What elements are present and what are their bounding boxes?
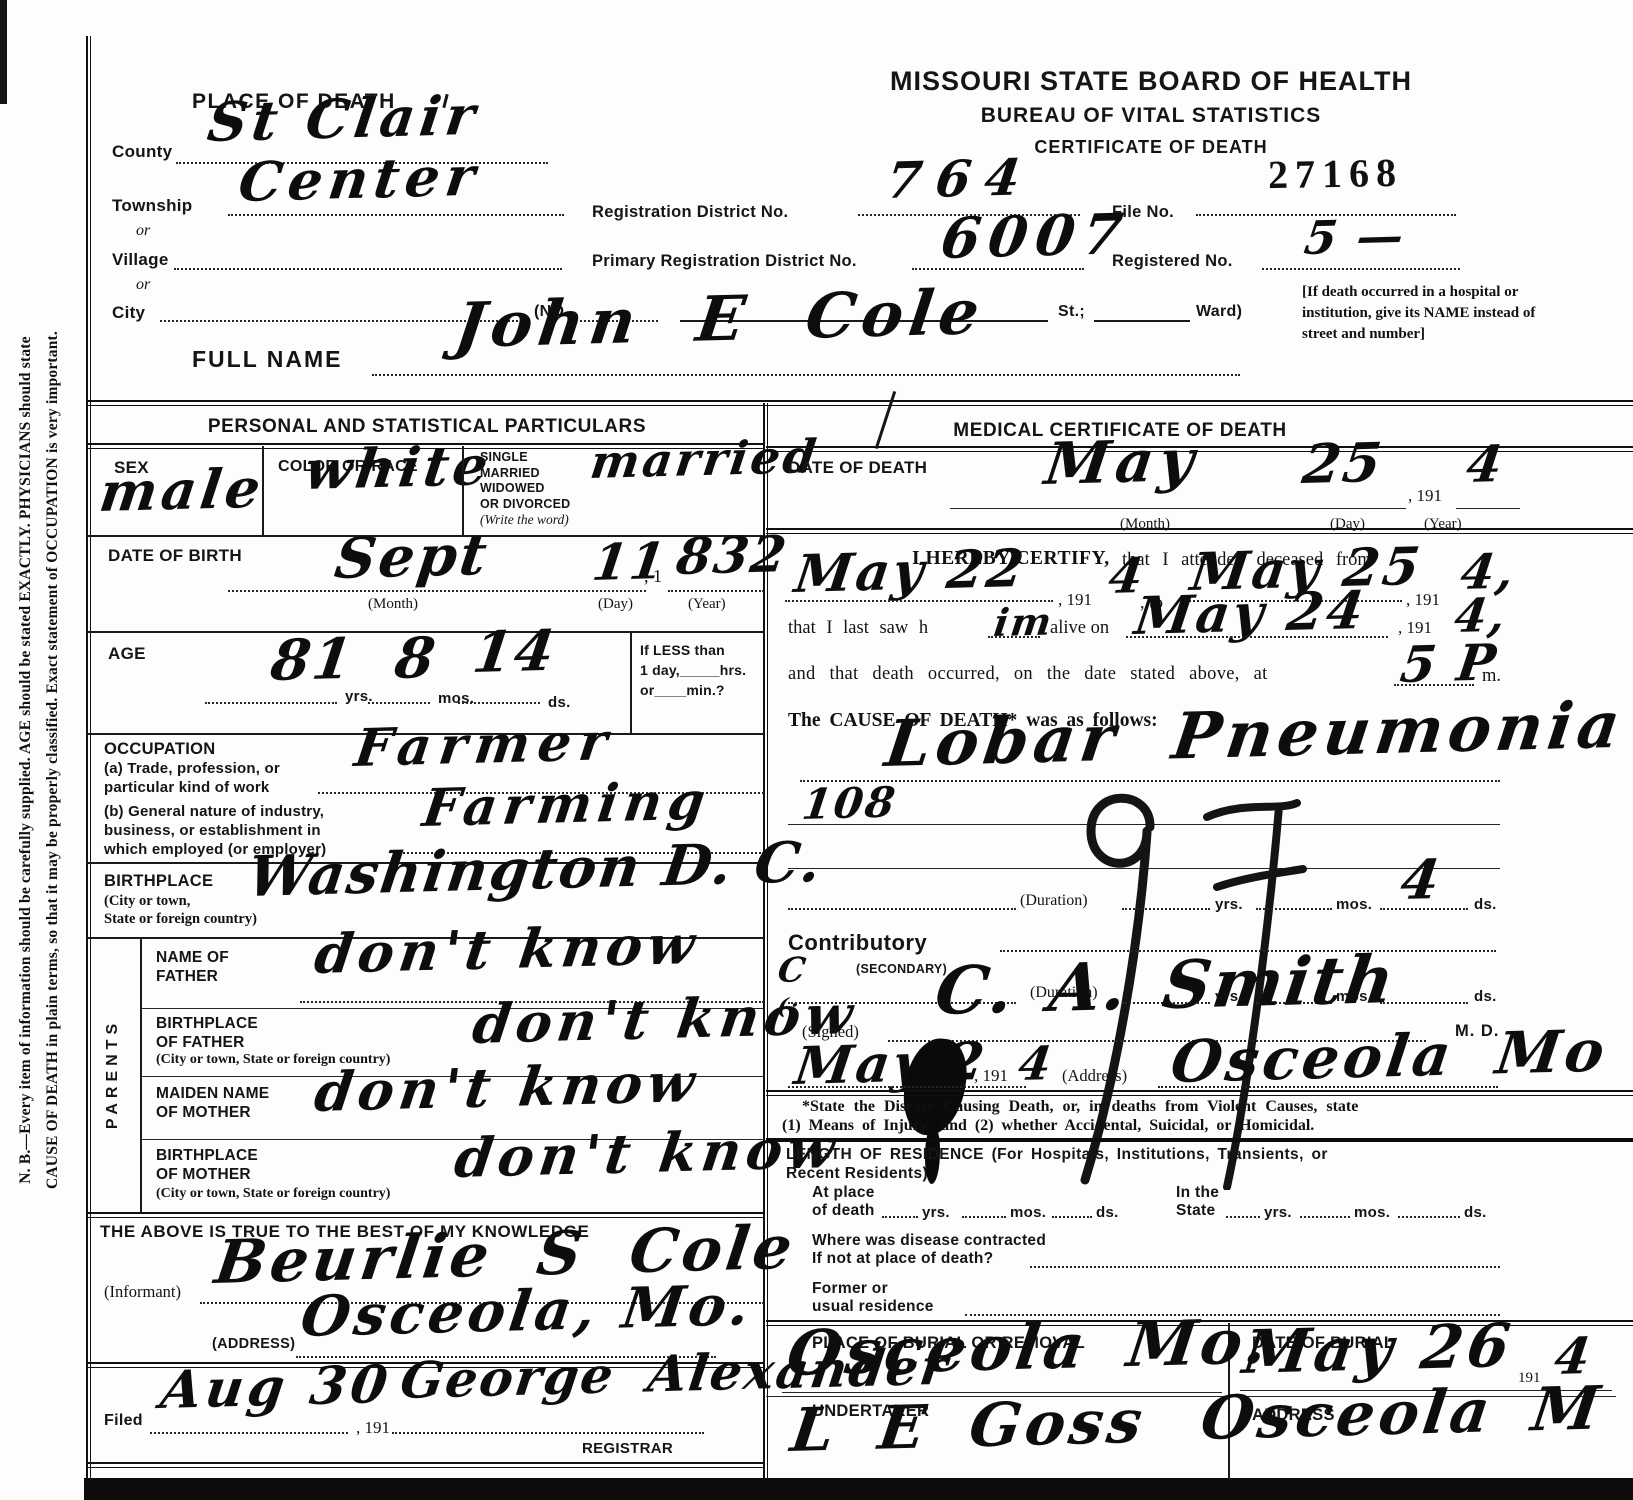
duration-fill-line <box>1122 908 1210 910</box>
occupation-a-value-handwriting: Farmer <box>352 719 618 773</box>
dod-fill-line <box>950 508 1406 509</box>
dob-year-handwriting: 832 <box>674 531 791 579</box>
burial-date-value-handwriting: May 26 <box>1240 1319 1517 1380</box>
filed-preprinted-year: , 191 <box>356 1418 390 1438</box>
dod-month-handwriting: May <box>1042 434 1203 490</box>
residence-fill <box>1398 1216 1460 1218</box>
day-caption: (Day) <box>598 596 633 613</box>
or-label-1: or <box>136 222 150 240</box>
street-suffix-label: St.; <box>1058 303 1085 321</box>
certify-to-preprinted-year: , 191 <box>1406 590 1440 610</box>
primary-registration-fill-line <box>912 268 1084 270</box>
month-caption: (Month) <box>368 596 418 613</box>
ward-fill-line <box>1094 320 1190 322</box>
mother-birthplace-hint: (City or town, State or foreign country) <box>156 1186 390 1202</box>
dod-bottom-rule <box>766 528 1633 534</box>
duration-fill-line <box>1256 908 1332 910</box>
cell-divider <box>262 446 264 535</box>
margin-instructions: N. B.—Every item of information should b… <box>12 34 66 1486</box>
signed-year-handwriting: 4 <box>1016 1043 1056 1085</box>
last-saw-date-handwriting: May 24 <box>1132 588 1369 641</box>
filed-date-handwriting: Aug 30 <box>158 1362 394 1415</box>
in-the-label2: State <box>1176 1202 1215 1220</box>
color-race-value-handwriting: white <box>302 441 495 494</box>
year-caption: (Year) <box>688 596 726 613</box>
if-less-than-label: If LESS than 1 day,_____hrs. or____min.? <box>640 640 746 700</box>
file-no-stamp: 27168 <box>1268 149 1404 198</box>
header-divider-rule <box>86 400 1633 406</box>
occupation-b-value-handwriting: Farming <box>420 779 713 833</box>
where-contracted-label1: Where was disease contracted <box>812 1232 1046 1250</box>
township-fill-line <box>228 214 564 216</box>
birthplace-label: BIRTHPLACE <box>104 872 213 891</box>
primary-registration-label: Primary Registration District No. <box>592 252 857 271</box>
registered-no-value-handwriting: 5 — <box>1302 215 1408 259</box>
duration-ds-unit: ds. <box>1474 896 1497 913</box>
residence-fill <box>1226 1216 1260 1218</box>
birthplace-hint: (City or town, State or foreign country) <box>104 892 257 928</box>
cause-code-handwriting: 108 <box>800 784 899 824</box>
footnote-line2: (1) Means of Injury; and (2) whether Acc… <box>782 1117 1314 1135</box>
township-value-handwriting: Center <box>236 152 484 207</box>
undertaker-address-value-handwriting: Osceola M O <box>1198 1379 1633 1446</box>
former-residence-label1: Former or <box>812 1280 888 1298</box>
dob-label: DATE OF BIRTH <box>108 546 242 566</box>
residence-fill <box>962 1216 1006 1218</box>
death-occurred-label: and that death occurred, on the date sta… <box>788 664 1268 685</box>
marital-hint: (Write the word) <box>480 512 569 528</box>
filed-label: Filed <box>104 1412 143 1430</box>
state-mos-unit: mos. <box>1354 1204 1390 1221</box>
dob-fill-line <box>228 590 646 592</box>
age-label: AGE <box>108 644 146 664</box>
state-ds-unit: ds. <box>1464 1204 1487 1221</box>
dod-preprinted-year: , 191 <box>1408 486 1442 506</box>
cell-divider <box>462 446 464 535</box>
registrar-fill-line <box>392 1432 704 1434</box>
age-fill-line <box>458 702 540 704</box>
county-label: County <box>112 142 172 162</box>
filed-bottom-rule <box>86 1462 764 1468</box>
father-name-value-handwriting: don't know <box>312 920 702 979</box>
mother-birthplace-label: BIRTHPLACE OF MOTHER <box>156 1146 258 1184</box>
ward-label: Ward) <box>1196 303 1242 321</box>
age-ds-unit: ds. <box>548 694 571 711</box>
last-saw-label: that I last saw h <box>788 618 928 639</box>
res-yrs-unit: yrs. <box>922 1204 950 1221</box>
filed-fill-line <box>150 1432 348 1434</box>
residence-fill <box>1052 1216 1092 1218</box>
primary-registration-value-handwriting: 6007 <box>938 209 1133 264</box>
dod-year-handwriting: 4 <box>1464 441 1507 487</box>
informant-address-value-handwriting: Osceola, Mo. <box>298 1280 756 1342</box>
undertaker-value-handwriting: L E Goss <box>788 1395 1149 1458</box>
stray-ink-letter2: (: <box>776 997 801 1017</box>
where-contracted-fill-line <box>1030 1266 1500 1268</box>
signed-address-fill-line <box>1158 1086 1498 1088</box>
res-ds-unit: ds. <box>1096 1204 1119 1221</box>
full-name-value-handwriting: John E Cole <box>452 284 988 354</box>
scan-edge-artifact <box>0 0 7 104</box>
at-place-label2: of death <box>812 1202 875 1220</box>
registered-no-fill-line <box>1262 268 1460 270</box>
marital-status-label: SINGLE MARRIED WIDOWED OR DIVORCED <box>480 450 570 512</box>
him-fill-line <box>988 636 1040 638</box>
age-months-handwriting: 8 <box>392 633 440 684</box>
full-name-fill-line <box>372 374 1240 376</box>
cause-value-handwriting: Lobar Pneumonia <box>882 697 1628 774</box>
address-label: (Address) <box>1062 1066 1127 1086</box>
in-the-label1: In the <box>1176 1184 1219 1202</box>
dob-preprinted-year: , 1 <box>644 566 662 587</box>
footnote-line1: *State the Disease Causing Death, or, in… <box>802 1098 1358 1116</box>
signed-address-handwriting: Osceola Mo <box>1168 1025 1611 1089</box>
signed-date-fill-line <box>788 1086 1026 1088</box>
registration-district-label: Registration District No. <box>592 203 788 222</box>
age-fill-line <box>205 702 337 704</box>
margin-instructions-text2: CAUSE OF DEATH in plain terms, so that i… <box>44 331 61 1189</box>
burial-place-value-handwriting: Osceola Mo. <box>784 1313 1274 1381</box>
age-fill-line <box>368 702 430 704</box>
signature-bottom-rule <box>766 1090 1633 1096</box>
certify-from-preprinted-year: , 191 <box>1058 590 1092 610</box>
township-label: Township <box>112 196 192 216</box>
signed-preprinted-year: , 191 <box>974 1066 1008 1086</box>
org-name-line1: MISSOURI STATE BOARD OF HEALTH <box>870 66 1432 97</box>
death-certificate-scan: N. B.—Every item of information should b… <box>0 0 1633 1500</box>
dob-month-handwriting: Sept <box>332 530 492 584</box>
duration-fill-line <box>1380 908 1468 910</box>
informant-address-label: (ADDRESS) <box>212 1336 295 1352</box>
father-name-label: NAME OF FATHER <box>156 948 229 986</box>
occupation-label: OCCUPATION <box>104 740 215 759</box>
physician-signature-handwriting: C. A. Smith <box>932 950 1399 1021</box>
him-handwriting: im <box>992 604 1055 640</box>
duration-fill-line <box>788 908 1016 910</box>
duration2-fill-line <box>1380 1002 1468 1004</box>
duration-yrs-unit: yrs. <box>1215 896 1243 913</box>
document-left-border <box>86 36 91 1482</box>
dod-year-fill-line <box>1456 508 1520 509</box>
full-name-label: FULL NAME <box>192 346 342 373</box>
margin-instructions-text: N. B.—Every item of information should b… <box>17 336 34 1184</box>
org-name-line2: BUREAU OF VITAL STATISTICS <box>870 104 1432 128</box>
informant-label: (Informant) <box>104 1282 181 1302</box>
village-fill-line <box>174 268 562 270</box>
or-label-2: or <box>136 276 150 294</box>
residence-heading-line2: Recent Residents) <box>786 1165 928 1183</box>
age-years-handwriting: 81 <box>268 634 357 687</box>
dob-year-fill-line <box>668 590 764 592</box>
duration2-ds-unit: ds. <box>1474 988 1497 1005</box>
last-saw-fill-line <box>1126 636 1388 638</box>
death-time-fill-line <box>1394 684 1474 686</box>
residence-fill <box>1300 1216 1350 1218</box>
city-label: City <box>112 303 145 323</box>
birthplace-value-handwriting: Washington D. C. <box>245 837 826 902</box>
mother-maiden-name-label: MAIDEN NAME OF MOTHER <box>156 1084 269 1122</box>
village-label: Village <box>112 250 169 270</box>
father-birthplace-label: BIRTHPLACE OF FATHER <box>156 1014 258 1052</box>
county-value-handwriting: St Clair <box>205 91 483 147</box>
duration-days-handwriting: 4 <box>1398 855 1444 905</box>
at-place-label1: At place <box>812 1184 875 1202</box>
certify-from-date-handwriting: May 22 <box>792 546 1029 599</box>
age-days-handwriting: 14 <box>470 626 559 679</box>
marital-value-handwriting: married <box>588 436 821 483</box>
cell-divider <box>630 631 632 733</box>
alive-on-label: alive on <box>1050 618 1109 639</box>
footnote-bottom-rule <box>766 1138 1633 1142</box>
dod-day-handwriting: 25 <box>1300 438 1386 489</box>
sex-value-handwriting: male <box>97 464 267 517</box>
where-contracted-label2: If not at place of death? <box>812 1250 993 1268</box>
burial-year-handwriting: 4 <box>1552 1333 1595 1379</box>
duration-mos-unit: mos. <box>1336 896 1372 913</box>
last-saw-year-handwriting: 4, <box>1452 595 1510 638</box>
state-yrs-unit: yrs. <box>1264 1204 1292 1221</box>
registered-no-label: Registered No. <box>1112 252 1233 271</box>
meridiem-label: m. <box>1482 666 1501 687</box>
scan-bottom-bar <box>84 1478 1633 1500</box>
parents-vertical-label: PARENTS <box>104 940 122 1208</box>
registration-district-value-handwriting: 764 <box>884 154 1037 203</box>
hospital-note: [If death occurred in a hospital or inst… <box>1302 282 1560 345</box>
duration-label: (Duration) <box>1020 892 1088 910</box>
registrar-label: REGISTRAR <box>582 1440 673 1457</box>
res-mos-unit: mos. <box>1010 1204 1046 1221</box>
occupation-a-label: (a) Trade, profession, or particular kin… <box>104 759 342 797</box>
dod-label: DATE OF DEATH <box>788 458 927 478</box>
secondary-label: (SECONDARY) <box>856 962 947 976</box>
mother-maiden-name-value-handwriting: don't know <box>312 1058 702 1117</box>
residence-heading-line1: LENGTH OF RESIDENCE (For Hospitals, Inst… <box>786 1146 1328 1164</box>
age-mos-unit: mos. <box>438 690 474 707</box>
stray-ink-letter: C <box>776 955 809 986</box>
residence-fill <box>882 1216 918 1218</box>
